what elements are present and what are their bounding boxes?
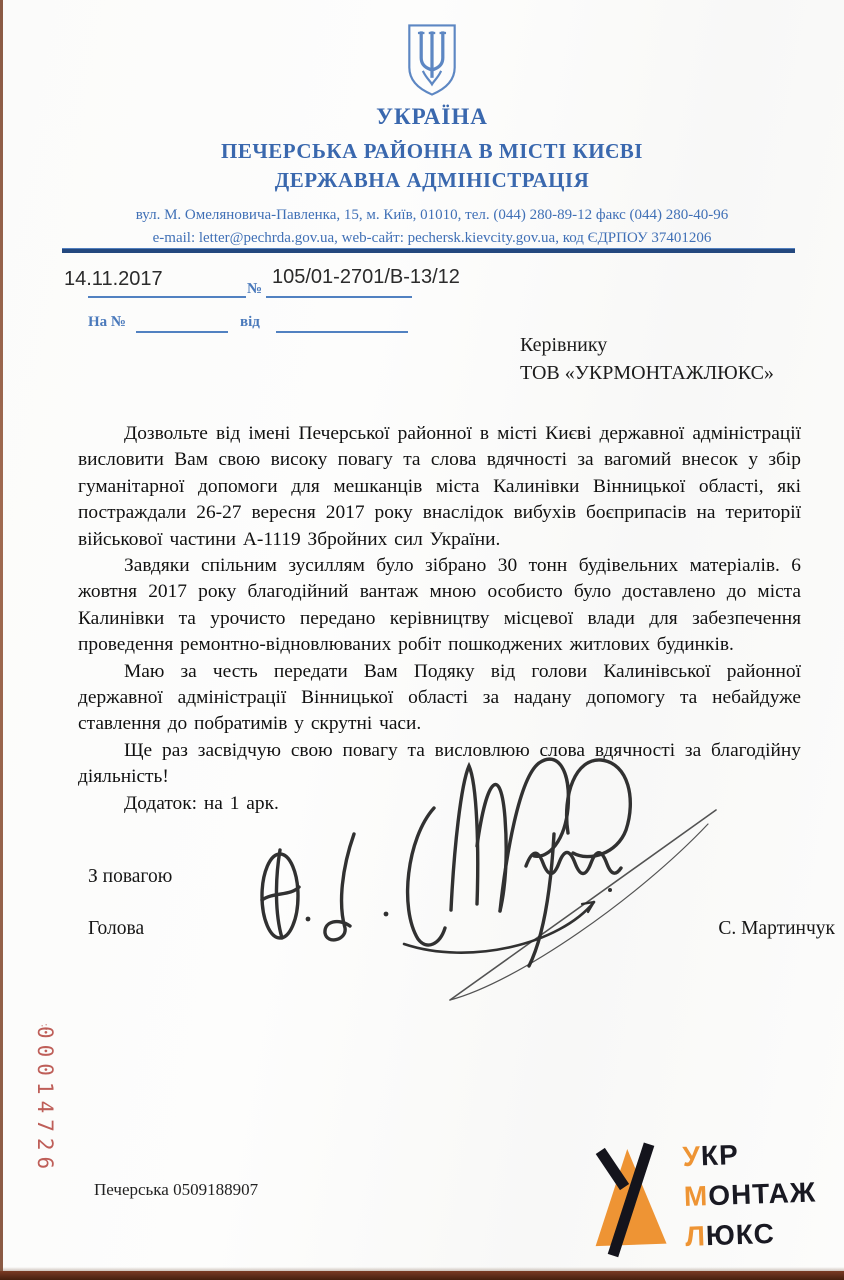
letter-date: 14.11.2017 bbox=[64, 268, 163, 291]
letterhead-contacts: вул. М. Омеляновича-Павленка, 15, м. Киї… bbox=[56, 204, 808, 250]
logo-accent-letter: У bbox=[682, 1140, 701, 1172]
body-paragraph: Завдяки спільним зусиллям було зібрано 3… bbox=[78, 553, 801, 659]
date-blank-line bbox=[88, 296, 246, 298]
letterhead-org-line1: ПЕЧЕРСЬКА РАЙОННА В МІСТІ КИЄВІ bbox=[56, 137, 808, 166]
logo-line-lux: ЛЮКС bbox=[685, 1212, 819, 1257]
letterhead-org-name: ПЕЧЕРСЬКА РАЙОННА В МІСТІ КИЄВІ ДЕРЖАВНА… bbox=[56, 137, 808, 195]
paper-bottom-edge bbox=[0, 1271, 844, 1280]
footer-note: Печерська 0509188907 bbox=[94, 1180, 258, 1200]
logo-rest-letters: КР bbox=[700, 1139, 739, 1171]
letterhead-email-line: e-mail: letter@pechrda.gov.ua, web-сайт:… bbox=[56, 227, 808, 250]
letterhead-address-line: вул. М. Омеляновича-Павленка, 15, м. Киї… bbox=[56, 204, 808, 227]
ukrmontazhlux-logo-text: УКР МОНТАЖ ЛЮКС bbox=[682, 1132, 818, 1257]
logo-rest-letters: ЮКС bbox=[705, 1218, 775, 1251]
letterhead: УКРАЇНА ПЕЧЕРСЬКА РАЙОННА В МІСТІ КИЄВІ … bbox=[56, 22, 808, 250]
logo-accent-letter: Л bbox=[685, 1220, 707, 1252]
body-paragraph: Маю за честь передати Вам Подяку від гол… bbox=[78, 659, 801, 738]
number-blank-line bbox=[266, 296, 412, 298]
ukrmontazhlux-logo-mark-icon bbox=[586, 1135, 682, 1264]
letterhead-country: УКРАЇНА bbox=[56, 104, 808, 130]
recipient-block: Керівнику ТОВ «УКРМОНТАЖЛЮКС» bbox=[520, 331, 774, 387]
reply-date-label: від bbox=[240, 314, 260, 331]
paper-left-edge bbox=[0, 0, 3, 1280]
letterhead-org-line2: ДЕРЖАВНА АДМІНІСТРАЦІЯ bbox=[56, 166, 808, 195]
reply-date-blank-line bbox=[276, 331, 408, 333]
letterhead-divider-rule bbox=[62, 248, 795, 253]
scanned-letter-page: УКРАЇНА ПЕЧЕРСЬКА РАЙОННА В МІСТІ КИЄВІ … bbox=[0, 0, 844, 1280]
signoff-position: Голова bbox=[88, 918, 144, 940]
signature-scrawl bbox=[238, 738, 718, 1008]
signoff-respect: З повагою bbox=[88, 866, 172, 888]
number-label: № bbox=[247, 281, 262, 298]
recipient-company: ТОВ «УКРМОНТАЖЛЮКС» bbox=[520, 359, 774, 387]
reply-number-blank-line bbox=[136, 331, 228, 333]
ukrmontazhlux-logo: УКР МОНТАЖ ЛЮКС bbox=[586, 1126, 843, 1271]
reply-number-label: На № bbox=[88, 314, 126, 331]
body-paragraph: Дозвольте від імені Печерської районної … bbox=[78, 421, 801, 553]
logo-line-ukr: УКР bbox=[682, 1132, 816, 1177]
recipient-title: Керівнику bbox=[520, 331, 774, 359]
logo-rest-letters: ОНТАЖ bbox=[708, 1176, 817, 1211]
logo-line-montazh: МОНТАЖ bbox=[683, 1172, 817, 1217]
logo-accent-letter: М bbox=[683, 1180, 708, 1212]
letter-number: 105/01-2701/В-13/12 bbox=[272, 266, 460, 289]
ukraine-trident-icon bbox=[405, 22, 459, 98]
registration-stamp-number: 00014726 bbox=[33, 1026, 57, 1175]
